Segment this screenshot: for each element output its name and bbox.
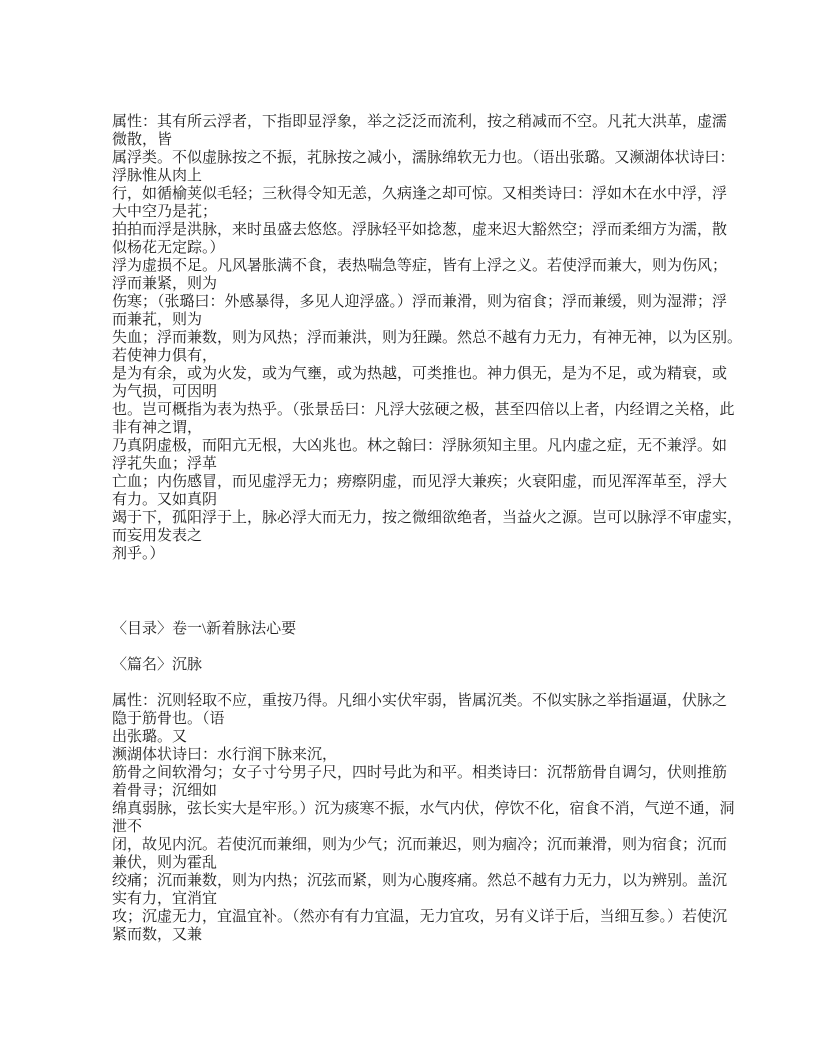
text-line: 濒湖体状诗曰：水行润下脉来沉， [112, 746, 732, 764]
text-line: 攻；沉虚无力，宜温宜补。（然亦有有力宜温，无力宜攻，另有义详于后，当细互参。）若… [112, 908, 732, 926]
text-line: 浮而兼紧，则为 [112, 275, 732, 293]
text-line: 绞痛；沉而兼数，则为内热；沉弦而紧，则为心腹疼痛。然总不越有力无力，以为辨别。盖… [112, 872, 732, 890]
text-line: 乃真阴虚极，而阳亢无根，大凶兆也。林之翰曰：浮脉须知主里。凡内虚之症，无不兼浮。… [112, 437, 732, 455]
text-line: 属性：沉则轻取不应，重按乃得。凡细小实伏牢弱，皆属沉类。不似实脉之举指逼逼，伏脉… [112, 692, 732, 710]
text-line: 也。岂可概指为表为热乎。（张景岳曰：凡浮大弦硬之极，甚至四倍以上者，内经谓之关格… [112, 401, 732, 419]
text-line: 剂乎。） [112, 545, 732, 563]
text-line: 非有神之谓， [112, 419, 732, 437]
fu-pulse-paragraph: 属性：其有所云浮者，下指即显浮象，举之泛泛而流利，按之稍减而不空。凡芤大洪革，虚… [112, 113, 732, 563]
text-line: 大中空乃是芤； [112, 203, 732, 221]
text-line: 隐于筋骨也。（语 [112, 710, 732, 728]
section-title-chenmai: 〈篇名〉沉脉 [112, 656, 732, 674]
text-line: 微散，皆 [112, 131, 732, 149]
text-line: 实有力，宜消宜 [112, 890, 732, 908]
text-line: 出张璐。又 [112, 728, 732, 746]
text-line: 伤寒；（张璐曰：外感暴得，多见人迎浮盛。）浮而兼滑，则为宿食；浮而兼缓，则为湿滞… [112, 293, 732, 311]
text-line: 若使神力俱有， [112, 347, 732, 365]
text-line: 筋骨之间软滑匀；女子寸兮男子尺，四时号此为和平。相类诗曰：沉帮筋骨自调匀，伏则推… [112, 764, 732, 782]
text-line: 绵真弱脉，弦长实大是牢形。）沉为痰寒不振，水气内伏，停饮不化，宿食不消，气逆不通… [112, 800, 732, 818]
text-line: 亡血；内伤感冒，而见虚浮无力；痨瘵阴虚，而见浮大兼疾；火衰阳虚，而见浑浑革至，浮… [112, 473, 732, 491]
chen-pulse-paragraph: 属性：沉则轻取不应，重按乃得。凡细小实伏牢弱，皆属沉类。不似实脉之举指逼逼，伏脉… [112, 692, 732, 944]
document-page: 属性：其有所云浮者，下指即显浮象，举之泛泛而流利，按之稍减而不空。凡芤大洪革，虚… [0, 0, 816, 1056]
text-line: 为气损，可因明 [112, 383, 732, 401]
text-line: 似杨花无定踪。） [112, 239, 732, 257]
text-line: 属浮类。不似虚脉按之不振，芤脉按之减小，濡脉绵软无力也。（语出张璐。又濒湖体状诗… [112, 149, 732, 167]
text-content: 属性：其有所云浮者，下指即显浮象，举之泛泛而流利，按之稍减而不空。凡芤大洪革，虚… [112, 113, 732, 944]
text-line: 着骨寻；沉细如 [112, 782, 732, 800]
text-line: 泄不 [112, 818, 732, 836]
text-line: 竭于下，孤阳浮于上，脉必浮大而无力，按之微细欲绝者，当益火之源。岂可以脉浮不审虚… [112, 509, 732, 527]
text-line: 而妄用发表之 [112, 527, 732, 545]
text-line: 失血；浮而兼数，则为风热；浮而兼洪，则为狂躁。然总不越有力无力，有神无神，以为区… [112, 329, 732, 347]
text-line: 有力。又如真阴 [112, 491, 732, 509]
text-line: 闭，故见内沉。若使沉而兼细，则为少气；沉而兼迟，则为痼冷；沉而兼滑，则为宿食；沉… [112, 836, 732, 854]
toc-heading: 〈目录〉卷一\新着脉法心要 [112, 620, 732, 638]
text-line: 而兼芤，则为 [112, 311, 732, 329]
text-line: 行，如循榆荚似毛轻；三秋得令知无恙，久病逢之却可惊。又相类诗曰：浮如木在水中浮，… [112, 185, 732, 203]
text-line: 浮为虚损不足。凡风暑胀满不食，表热喘急等症，皆有上浮之义。若使浮而兼大，则为伤风… [112, 257, 732, 275]
text-line: 紧而数，又兼 [112, 926, 732, 944]
text-line: 拍拍而浮是洪脉，来时虽盛去悠悠。浮脉轻平如捻葱，虚来迟大豁然空；浮而柔细方为濡，… [112, 221, 732, 239]
text-line: 兼伏，则为霍乱 [112, 854, 732, 872]
text-line: 是为有余，或为火发，或为气壅，或为热越，可类推也。神力俱无，是为不足，或为精衰，… [112, 365, 732, 383]
text-line: 浮脉惟从肉上 [112, 167, 732, 185]
text-line: 浮芤失血；浮革 [112, 455, 732, 473]
text-line: 属性：其有所云浮者，下指即显浮象，举之泛泛而流利，按之稍减而不空。凡芤大洪革，虚… [112, 113, 732, 131]
